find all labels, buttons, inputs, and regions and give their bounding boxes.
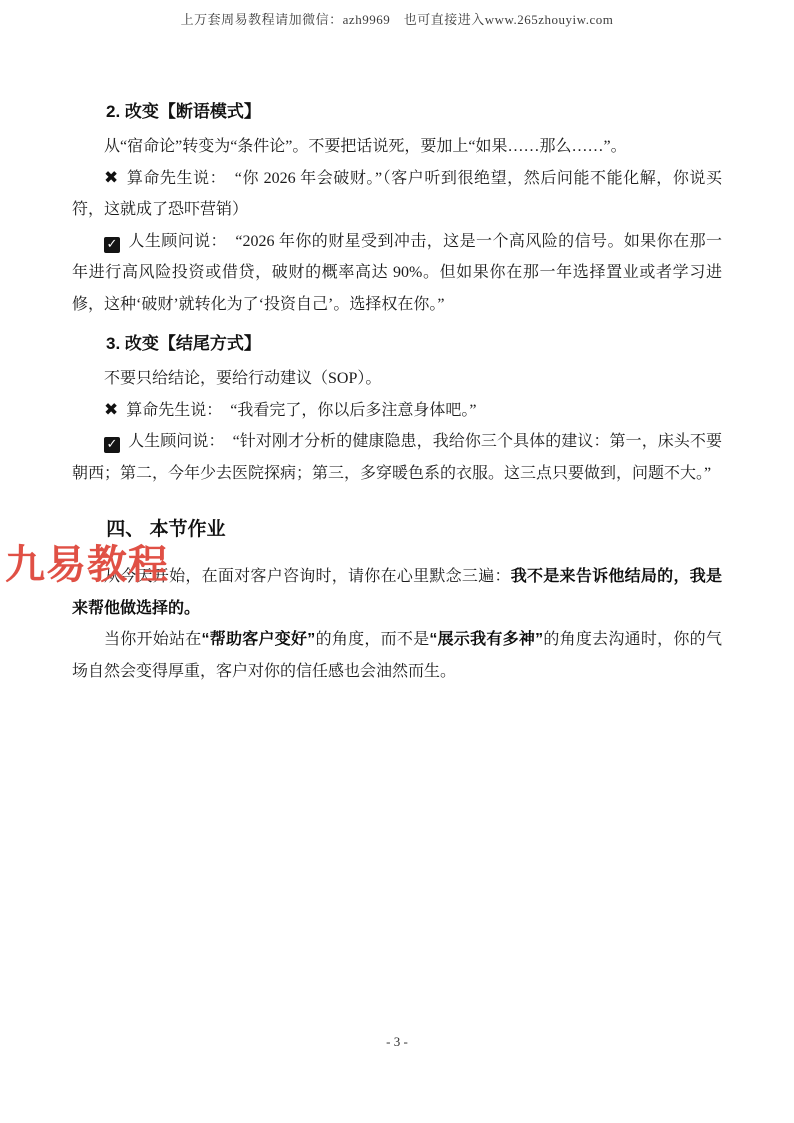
wrong-example-text: 算命先生说： “我看完了，你以后多注意身体吧。” (126, 402, 476, 419)
cross-icon: ✖ (104, 400, 118, 420)
cross-icon: ✖ (104, 168, 118, 188)
wrong-example-text: 算命先生说： “你 2026 年会破财。”（客户听到很绝望，然后问能不能化解，你… (72, 170, 722, 219)
right-example-text: 人生顾问说： “针对刚才分析的健康隐患，我给你三个具体的建议：第一，床头不要朝西… (72, 433, 722, 482)
page-number: - 3 - (0, 1034, 794, 1050)
paragraph-homework-1: 从今天开始，在面对客户咨询时，请你在心里默念三遍：我不是来告诉他结局的，我是来帮… (72, 561, 722, 624)
paragraph-wrong-example: ✖算命先生说： “你 2026 年会破财。”（客户听到很绝望，然后问能不能化解，… (72, 163, 722, 226)
section-heading-3: 3. 改变【结尾方式】 (72, 332, 722, 356)
paragraph-right-example: ✓人生顾问说： “2026 年你的财星受到冲击，这是一个高风险的信号。如果你在那… (72, 226, 722, 321)
page-header-text: 上万套周易教程请加微信：azh9969 也可直接进入www.265zhouyiw… (0, 0, 794, 28)
section-heading-2: 2. 改变【断语模式】 (72, 100, 722, 124)
paragraph-right-example: ✓人生顾问说： “针对刚才分析的健康隐患，我给你三个具体的建议：第一，床头不要朝… (72, 426, 722, 489)
paragraph: 不要只给结论，要给行动建议（SOP）。 (72, 363, 722, 395)
document-body: 2. 改变【断语模式】 从“宿命论”转变为“条件论”。不要把话说死，要加上“如果… (72, 100, 722, 687)
right-example-text: 人生顾问说： “2026 年你的财星受到冲击，这是一个高风险的信号。如果你在那一… (72, 233, 722, 313)
checked-checkbox-icon: ✓ (104, 237, 120, 253)
text-segment: 的角度，而不是 (315, 631, 429, 648)
section-heading-homework: 四、 本节作业 (72, 517, 722, 543)
paragraph-homework-2: 当你开始站在“帮助客户变好”的角度，而不是“展示我有多神”的角度去沟通时，你的气… (72, 624, 722, 687)
text-segment: 当你开始站在 (104, 631, 202, 648)
document-page: 上万套周易教程请加微信：azh9969 也可直接进入www.265zhouyiw… (0, 0, 794, 1123)
watermark-logo: 九易教程 (5, 543, 169, 587)
paragraph-wrong-example: ✖算命先生说： “我看完了，你以后多注意身体吧。” (72, 395, 722, 427)
text-segment-bold: “帮助客户变好” (202, 631, 316, 648)
text-segment-bold: “展示我有多神” (429, 631, 543, 648)
paragraph: 从“宿命论”转变为“条件论”。不要把话说死，要加上“如果……那么……”。 (72, 131, 722, 163)
checked-checkbox-icon: ✓ (104, 437, 120, 453)
